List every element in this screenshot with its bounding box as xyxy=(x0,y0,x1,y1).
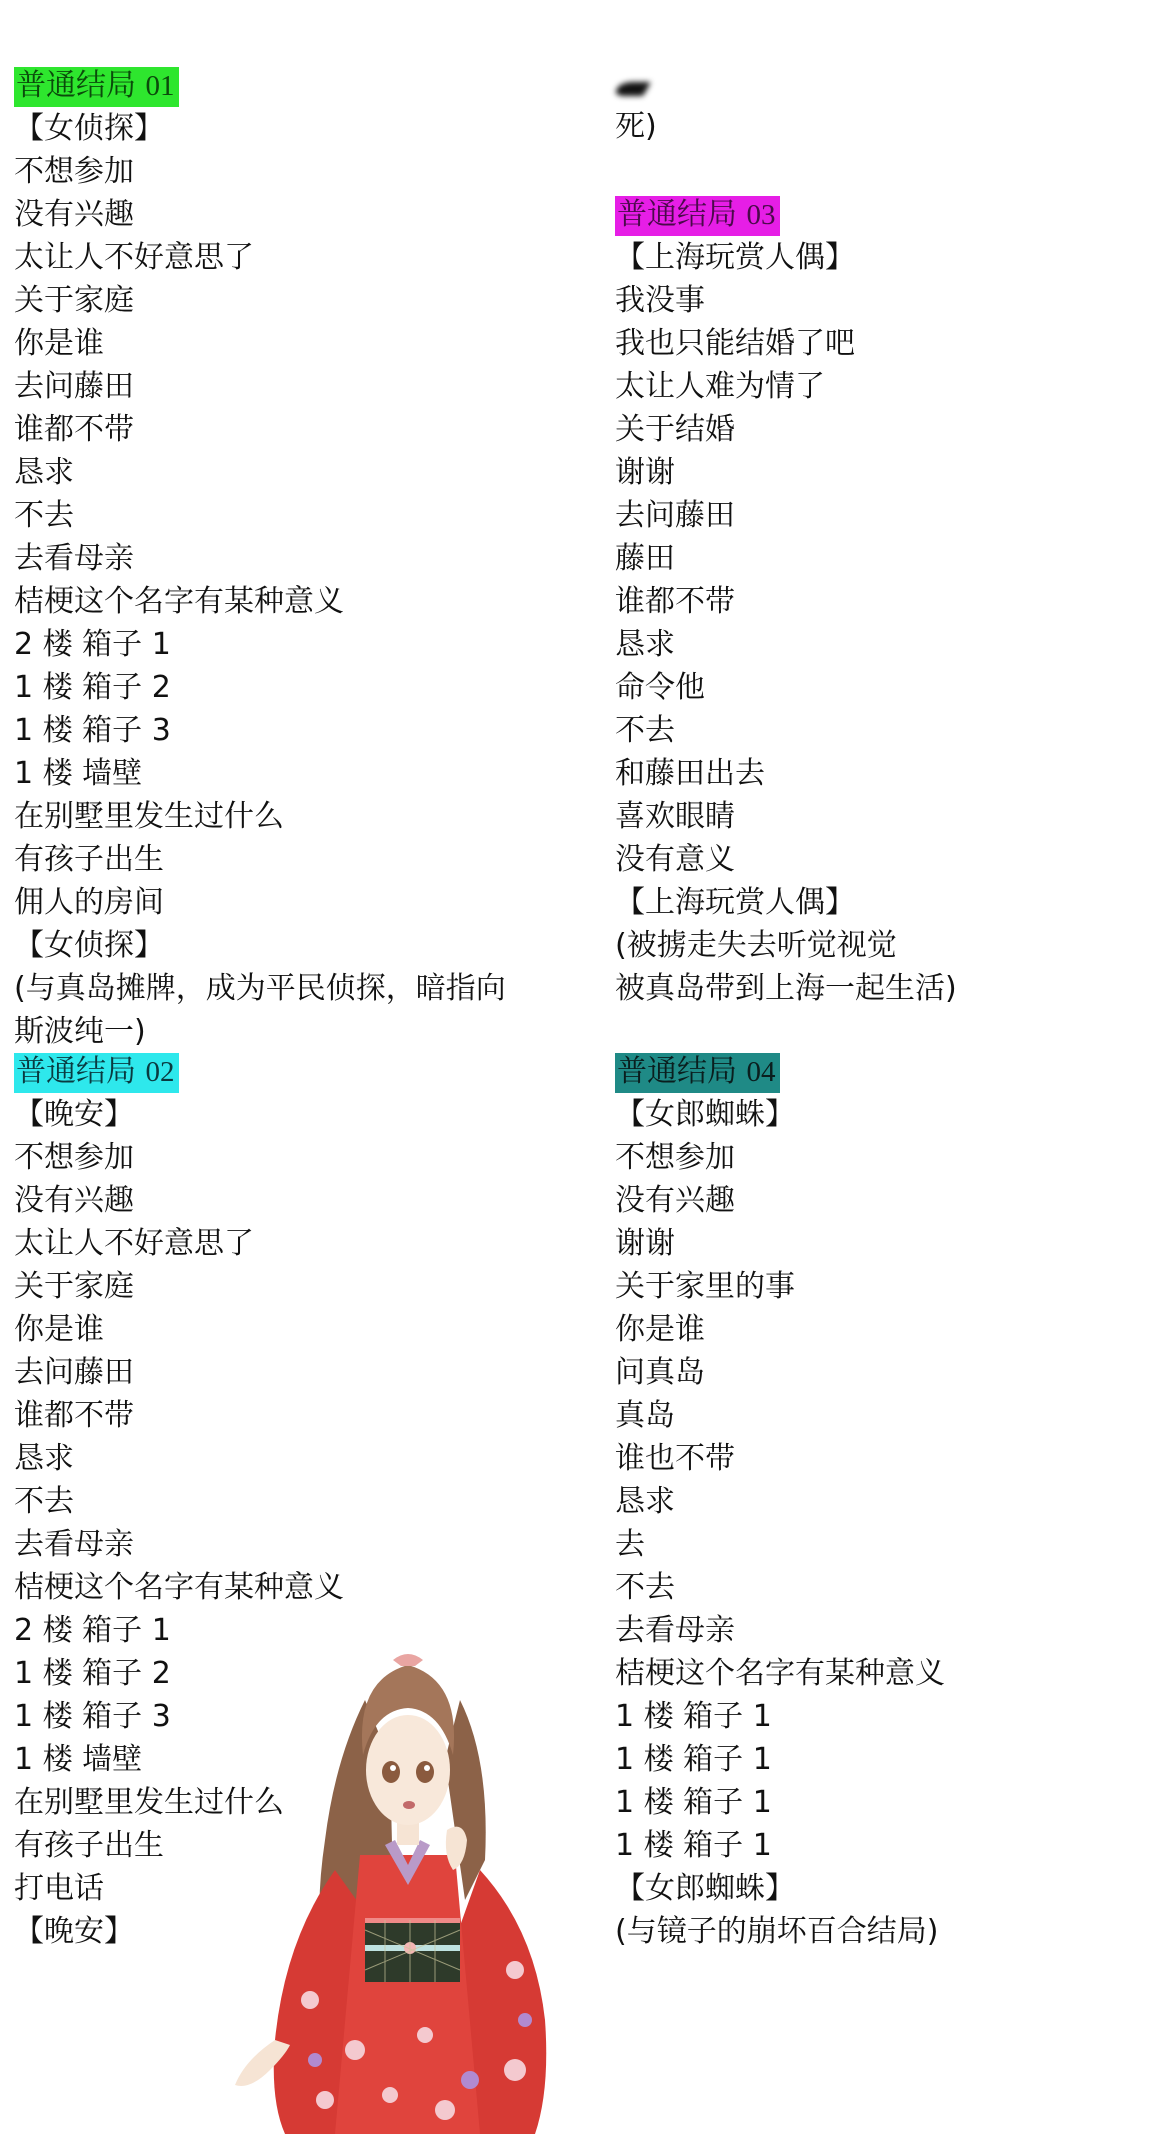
step-line: 真岛 xyxy=(615,1394,675,1437)
step-line: (被掳走失去听觉视觉 xyxy=(615,924,897,967)
ending-badge-01: 普通结局 01 xyxy=(14,67,179,107)
step-line: 谁都不带 xyxy=(14,408,134,451)
step-line: 去看母亲 xyxy=(615,1609,735,1652)
ending-badge-04: 普通结局 04 xyxy=(615,1053,780,1093)
cut-off-text: 死) xyxy=(615,105,657,148)
section-title: 普通结局 01 xyxy=(14,64,179,107)
badge-number: 02 xyxy=(146,1056,175,1088)
step-line: 我也只能结婚了吧 xyxy=(615,322,855,365)
section-title: 普通结局 02 xyxy=(14,1050,179,1093)
step-line: 2 楼 箱子 1 xyxy=(14,1609,171,1652)
badge-text: 普通结局 xyxy=(617,197,737,232)
step-line: 去 xyxy=(615,1523,645,1566)
step-line: 去问藤田 xyxy=(14,1351,134,1394)
step-line: 1 楼 墙壁 xyxy=(14,752,142,795)
step-line: 不去 xyxy=(615,1566,675,1609)
step-line: 佣人的房间 xyxy=(14,881,164,924)
badge-number: 04 xyxy=(747,1056,776,1088)
step-line: 斯波纯一) xyxy=(14,1010,146,1053)
step-line: 【女侦探】 xyxy=(14,924,164,967)
step-line: 不想参加 xyxy=(14,1136,134,1179)
step-line: 谢谢 xyxy=(615,1222,675,1265)
step-line: 【上海玩赏人偶】 xyxy=(615,236,855,279)
step-line: 1 楼 箱子 1 xyxy=(615,1824,772,1867)
step-line: 问真岛 xyxy=(615,1351,705,1394)
kimono-girl-illustration xyxy=(215,1640,595,2134)
step-line: 恳求 xyxy=(14,451,74,494)
step-line: 不去 xyxy=(14,1480,74,1523)
step-line: 命令他 xyxy=(615,666,705,709)
ending-badge-02: 普通结局 02 xyxy=(14,1053,179,1093)
step-line: 恳求 xyxy=(615,1480,675,1523)
step-line: 桔梗这个名字有某种意义 xyxy=(615,1652,945,1695)
step-line: 不去 xyxy=(14,494,74,537)
step-line: 没有意义 xyxy=(615,838,735,881)
step-line: 太让人不好意思了 xyxy=(14,236,254,279)
character-image xyxy=(215,1640,595,2134)
step-line: 不想参加 xyxy=(615,1136,735,1179)
step-line: 关于家庭 xyxy=(14,279,134,322)
step-line: 去问藤田 xyxy=(14,365,134,408)
step-line: 1 楼 箱子 1 xyxy=(615,1738,772,1781)
step-line: 关于家里的事 xyxy=(615,1265,795,1308)
step-line: 不想参加 xyxy=(14,150,134,193)
step-line: 藤田 xyxy=(615,537,675,580)
ending-badge-03: 普通结局 03 xyxy=(615,196,780,236)
badge-text: 普通结局 xyxy=(617,1054,737,1089)
step-line: 关于结婚 xyxy=(615,408,735,451)
step-line: 太让人难为情了 xyxy=(615,365,825,408)
step-line: 【晚安】 xyxy=(14,1093,134,1136)
step-line: 恳求 xyxy=(14,1437,74,1480)
step-line: 去问藤田 xyxy=(615,494,735,537)
step-line: 我没事 xyxy=(615,279,705,322)
step-line: 1 楼 墙壁 xyxy=(14,1738,142,1781)
badge-text: 普通结局 xyxy=(16,1054,136,1089)
step-line: 在别墅里发生过什么 xyxy=(14,795,284,838)
section-title: 普通结局 03 xyxy=(615,193,780,236)
step-line: 和藤田出去 xyxy=(615,752,765,795)
step-line: 【女侦探】 xyxy=(14,107,164,150)
step-line: 没有兴趣 xyxy=(14,1179,134,1222)
step-line: 1 楼 箱子 2 xyxy=(14,1652,171,1695)
step-line: 你是谁 xyxy=(14,322,104,365)
step-line: 你是谁 xyxy=(615,1308,705,1351)
step-line: 不去 xyxy=(615,709,675,752)
step-line: 【晚安】 xyxy=(14,1910,134,1953)
step-line: (与镜子的崩坏百合结局) xyxy=(615,1910,938,1953)
badge-number: 01 xyxy=(146,70,175,102)
step-line: 桔梗这个名字有某种意义 xyxy=(14,1566,344,1609)
step-line: 1 楼 箱子 3 xyxy=(14,709,171,752)
step-line: 1 楼 箱子 2 xyxy=(14,666,171,709)
step-line: 你是谁 xyxy=(14,1308,104,1351)
step-line: 谁都不带 xyxy=(14,1394,134,1437)
step-line: 谁都不带 xyxy=(615,580,735,623)
step-line: 被真岛带到上海一起生活) xyxy=(615,967,957,1010)
step-line: 打电话 xyxy=(14,1867,104,1910)
step-line: 没有兴趣 xyxy=(14,193,134,236)
step-line: 谢谢 xyxy=(615,451,675,494)
step-line: 【女郎蜘蛛】 xyxy=(615,1867,795,1910)
step-line: 没有兴趣 xyxy=(615,1179,735,1222)
step-line: 关于家庭 xyxy=(14,1265,134,1308)
step-line: 有孩子出生 xyxy=(14,838,164,881)
badge-number: 03 xyxy=(747,199,776,231)
step-line: 喜欢眼睛 xyxy=(615,795,735,838)
step-line: 【上海玩赏人偶】 xyxy=(615,881,855,924)
section-title: 普通结局 04 xyxy=(615,1050,780,1093)
step-line: 去看母亲 xyxy=(14,537,134,580)
step-line: 2 楼 箱子 1 xyxy=(14,623,171,666)
step-line: 太让人不好意思了 xyxy=(14,1222,254,1265)
step-line: 去看母亲 xyxy=(14,1523,134,1566)
step-line: 1 楼 箱子 1 xyxy=(615,1781,772,1824)
badge-text: 普通结局 xyxy=(16,68,136,103)
step-line: 恳求 xyxy=(615,623,675,666)
step-line: 有孩子出生 xyxy=(14,1824,164,1867)
step-line: 谁也不带 xyxy=(615,1437,735,1480)
step-line: 1 楼 箱子 1 xyxy=(615,1695,772,1738)
step-line: 1 楼 箱子 3 xyxy=(14,1695,171,1738)
step-line: (与真岛摊牌，成为平民侦探，暗指向 xyxy=(14,967,506,1010)
step-line: 【女郎蜘蛛】 xyxy=(615,1093,795,1136)
step-line: 桔梗这个名字有某种意义 xyxy=(14,580,344,623)
